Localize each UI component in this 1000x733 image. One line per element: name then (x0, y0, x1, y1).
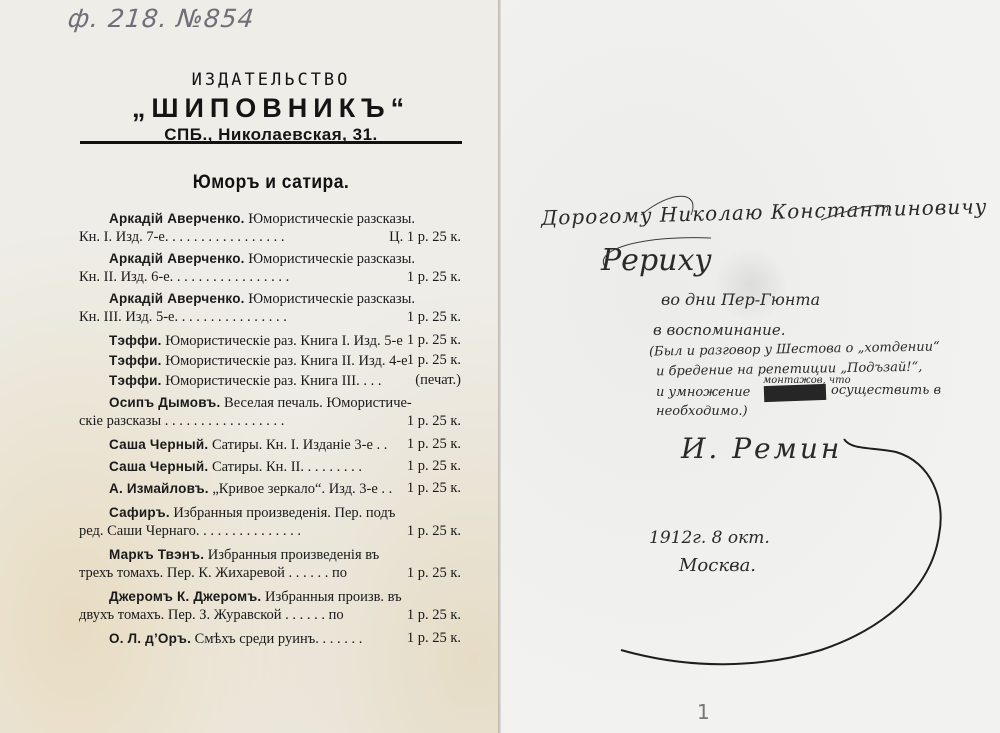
entry-author: А. Измайловъ. (109, 481, 209, 496)
archive-mark: ф. 218. №854 (66, 4, 256, 33)
entry-price: (печат.) (415, 371, 461, 390)
catalog-entry: О. Л. д’Оръ. Смѣхъ среди руинъ. . . . . … (79, 629, 461, 649)
entry-price: Ц. 1 р. 25 к. (389, 228, 461, 247)
catalog-entry: Саша Черный. Сатиры. Кн. II. . . . . . .… (79, 457, 461, 479)
entry-author: Тэффи. (109, 333, 162, 348)
entry-title: Сатиры. Кн. I. Изданіе 3-е . . (208, 437, 387, 453)
entry-title: Юмористическіе раз. Книга III. . . . (162, 373, 382, 389)
entry-author: Тэффи. (109, 353, 162, 368)
entry-author: Саша Черный. (109, 459, 208, 474)
entry-author: Осипъ Дымовъ. (109, 395, 220, 410)
catalog-entry: Саша Черный. Сатиры. Кн. I. Изданіе 3-е … (79, 435, 461, 457)
catalog-entry: Аркадій Аверченко. Юмористическіе разска… (79, 249, 461, 289)
header-divider (80, 141, 462, 144)
catalog-entry: Сафиръ. Избранныя произведенія. Пер. под… (79, 503, 461, 545)
entry-price: 1 р. 25 к. (407, 479, 461, 498)
catalog-entry: Маркъ Твэнъ. Избранныя произведенія въ т… (79, 545, 461, 587)
entry-author: Тэффи. (109, 373, 162, 388)
catalog-entry: Тэффи. Юмористическіе раз. Книга I. Изд.… (79, 331, 461, 351)
entry-author: Аркадій Аверченко. (109, 211, 245, 226)
catalog-entry: Джеромъ К. Джеромъ. Избранныя произв. въ… (79, 587, 461, 629)
publisher-label: ИЗДАТЕЛЬСТВО (80, 68, 462, 92)
entry-price: 1 р. 25 к. (407, 522, 461, 541)
catalog-entry: А. Измайловъ. „Кривое зеркало“. Изд. 3-е… (79, 479, 461, 503)
entry-price: 1 р. 25 к. (407, 331, 461, 350)
entry-details: трехъ томахъ. Пер. К. Жихаревой . . . . … (79, 565, 347, 581)
entry-author: Аркадій Аверченко. (109, 251, 245, 266)
entry-title: Юмористическіе раз. Книга II. Изд. 4-е (162, 353, 408, 369)
entry-price: 1 р. 25 к. (407, 457, 461, 476)
entry-price: 1 р. 25 к. (407, 435, 461, 454)
catalog-entry: Осипъ Дымовъ. Веселая печаль. Юмористиче… (79, 393, 461, 435)
entry-title: Сатиры. Кн. II. . . . . . . . . (208, 459, 362, 475)
entry-price: 1 р. 25 к. (407, 308, 461, 327)
entry-details: Кн. II. Изд. 6-е. . . . . . . . . . . . … (79, 269, 289, 285)
entry-price: 1 р. 25 к. (407, 564, 461, 583)
entry-details: ред. Саши Чернаго. . . . . . . . . . . .… (79, 523, 301, 539)
catalog-entry: Тэффи. Юмористическіе раз. Книга III. . … (79, 371, 461, 393)
publisher-name: „ШИПОВНИКЪ“ (80, 92, 462, 124)
catalog-list: Аркадій Аверченко. Юмористическіе разска… (79, 209, 461, 649)
entry-details: двухъ томахъ. Пер. З. Журавской . . . . … (79, 607, 344, 623)
entry-author: Сафиръ. (109, 505, 170, 520)
entry-title: Избранныя произведенія. Пер. подъ (170, 505, 396, 521)
right-page: Дорогому Николаю Константиновичу Рериху … (501, 0, 1000, 733)
decorative-flourishes (501, 0, 1000, 733)
entry-price: 1 р. 25 к. (407, 351, 461, 370)
entry-title: Юмористическіе раз. Книга I. Изд. 5-е (162, 333, 403, 349)
entry-title: Смѣхъ среди руинъ. . . . . . . (191, 631, 362, 647)
entry-title: „Кривое зеркало“. Изд. 3-е . . (209, 481, 393, 497)
entry-price: 1 р. 25 к. (407, 268, 461, 287)
catalog-entry: Тэффи. Юмористическіе раз. Книга II. Изд… (79, 351, 461, 371)
entry-details: Кн. I. Изд. 7-е. . . . . . . . . . . . .… (79, 229, 284, 245)
entry-author: Джеромъ К. Джеромъ. (109, 589, 261, 604)
entry-title: Юмористическіе разсказы. (245, 291, 415, 307)
left-page: ф. 218. №854 ИЗДАТЕЛЬСТВО „ШИПОВНИКЪ“ СП… (0, 0, 499, 733)
entry-details: скіе разсказы . . . . . . . . . . . . . … (79, 413, 284, 429)
entry-author: Саша Черный. (109, 437, 208, 452)
entry-title: Юмористическіе разсказы. (245, 251, 415, 267)
section-title: Юморъ и сатира. (95, 172, 446, 194)
entry-details: Кн. III. Изд. 5-е. . . . . . . . . . . .… (79, 309, 287, 325)
entry-price: 1 р. 25 к. (407, 629, 461, 648)
entry-title: Избранныя произв. въ (261, 589, 401, 605)
entry-price: 1 р. 25 к. (407, 412, 461, 431)
entry-author: О. Л. д’Оръ. (109, 631, 191, 646)
catalog-entry: Аркадій Аверченко. Юмористическіе разска… (79, 209, 461, 249)
entry-author: Аркадій Аверченко. (109, 291, 245, 306)
entry-title: Веселая печаль. Юмористиче- (220, 395, 411, 411)
catalog-entry: Аркадій Аверченко. Юмористическіе разска… (79, 289, 461, 331)
entry-price: 1 р. 25 к. (407, 606, 461, 625)
publisher-header: ИЗДАТЕЛЬСТВО „ШИПОВНИКЪ“ СПБ., Николаевс… (80, 68, 462, 146)
entry-title: Юмористическіе разсказы. (245, 211, 415, 227)
entry-title: Избранныя произведенія въ (204, 547, 379, 563)
entry-author: Маркъ Твэнъ. (109, 547, 204, 562)
